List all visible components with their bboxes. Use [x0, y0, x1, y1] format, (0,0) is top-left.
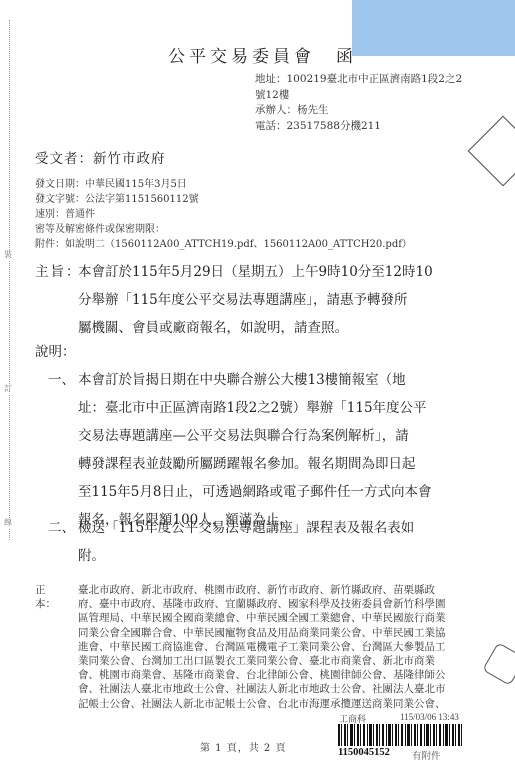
copies-label: 正本：	[35, 583, 56, 611]
document-title: 公平交易委員會 函	[168, 42, 357, 67]
item-line: 交易法專題講座—公平交易法與聯合行為案例解析」，請	[78, 422, 431, 450]
seal-stamp-icon	[482, 642, 515, 686]
item-line: 本會訂於旨揭日期在中央聯合辦公大樓13樓簡報室（地	[78, 366, 431, 394]
recipient: 受文者：新竹市政府	[35, 147, 166, 167]
subject-line: 本會訂於115年5月29日（星期五）上午9時10分至12時10	[78, 258, 508, 286]
item-number: 二、	[48, 514, 75, 542]
barcode-datetime: 115/03/06 13:43	[400, 712, 459, 722]
copies-line: 會、社團法人臺北市地政士公會、社團法人新北市地政士公會、社團法人臺北市	[78, 682, 446, 696]
item-line: 址：臺北市中正區濟南路1段2之2號）舉辦「115年度公平	[78, 394, 431, 422]
copies-line: 會、桃園市商業會、基隆市商業會、台北律師公會、桃園律師公會、基隆律師公	[78, 668, 446, 682]
sender-info: 地址：100219臺北市中正區濟南路1段2之2 號12樓 承辦人：杨先生 電話：…	[255, 72, 462, 134]
explanation-label: 說明：	[35, 340, 76, 360]
barcode-icon	[338, 724, 462, 746]
copies-line: 府、臺中市政府、基隆市政府、宜蘭縣政府、國家科學及技術委員會新竹科學園	[78, 597, 446, 611]
secrecy-level: 密等及解密條件或保密期限：	[35, 222, 412, 237]
copies-line: 區管理局、中華民國全國商業總會、中華民國全國工業總會、中華民國旅行商業	[78, 611, 446, 625]
item-number: 一、	[48, 366, 75, 394]
item-body: 檢送「115年度公平交易法專題講座」課程表及報名表如 附。	[78, 514, 414, 570]
speed-class: 速別：普通件	[35, 207, 412, 222]
binding-mark-xian: 線	[4, 518, 12, 528]
binding-mark-zhuang: 裝	[4, 250, 12, 260]
item-line: 至115年5月8日止，可透過網路或電子郵件任一方式向本會	[78, 478, 431, 506]
page-number: 第 1 頁，共 2 頁	[200, 739, 286, 754]
copies-line: 同業公會全國聯合會、中華民國寵物食品及用品商業同業公會、中華民國工業協	[78, 626, 446, 640]
document-meta: 發文日期：中華民國115年3月5日 發文字號：公法字第1151560112號 速…	[35, 177, 412, 252]
blue-sticky-tab	[352, 0, 515, 56]
item-line: 檢送「115年度公平交易法專題講座」課程表及報名表如	[78, 514, 414, 542]
sender-address: 地址：100219臺北市中正區濟南路1段2之2	[255, 72, 462, 88]
subject-line: 分舉辦「115年度公平交易法專題講座」，請惠予轉發所	[78, 286, 508, 314]
copies-line: 業同業公會、台灣加工出口區製衣工業同業公會、臺北市商業會、新北市商業	[78, 654, 446, 668]
doc-number: 發文字號：公法字第1151560112號	[35, 192, 412, 207]
item-body: 本會訂於旨揭日期在中央聯合辦公大樓13樓簡報室（地 址：臺北市中正區濟南路1段2…	[78, 366, 431, 534]
copies-line: 臺北市政府、新北市政府、桃園市政府、新竹市政府、新竹縣政府、苗栗縣政	[78, 583, 446, 597]
copies-list: 臺北市政府、新北市政府、桃園市政府、新竹市政府、新竹縣政府、苗栗縣政 府、臺中市…	[78, 583, 446, 711]
barcode-number: 1150045152	[338, 747, 390, 758]
copies-line: 記帳士公會、社團法人新北市記帳士公會、台北市海運承攬運送商業同業公會、	[78, 697, 446, 711]
sender-contact-person: 承辦人：杨先生	[255, 103, 462, 119]
attachments: 附件：如說明二（1560112A00_ATTCH19.pdf、1560112A0…	[35, 237, 412, 252]
issue-date: 發文日期：中華民國115年3月5日	[35, 177, 412, 192]
sender-phone: 電話：23517588分機211	[255, 119, 462, 135]
attachment-note: 有附件	[412, 748, 441, 762]
binding-line	[9, 20, 11, 540]
item-line: 轉發課程表並鼓勵所屬踴躍報名參加。報名期間為即日起	[78, 450, 431, 478]
sender-address-cont: 號12樓	[255, 88, 462, 104]
subject-line: 屬機關、會員或廠商報名，如說明，請查照。	[78, 314, 508, 342]
subject-body: 本會訂於115年5月29日（星期五）上午9時10分至12時10 分舉辦「115年…	[78, 258, 508, 342]
electronic-exchange-stamp-icon	[468, 116, 515, 187]
copies-line: 進會、中華民國工商協進會、台灣區電機電子工業同業公會、台灣區大參製品工	[78, 640, 446, 654]
binding-mark-ding: 訂	[4, 384, 12, 394]
item-line: 附。	[78, 542, 414, 570]
